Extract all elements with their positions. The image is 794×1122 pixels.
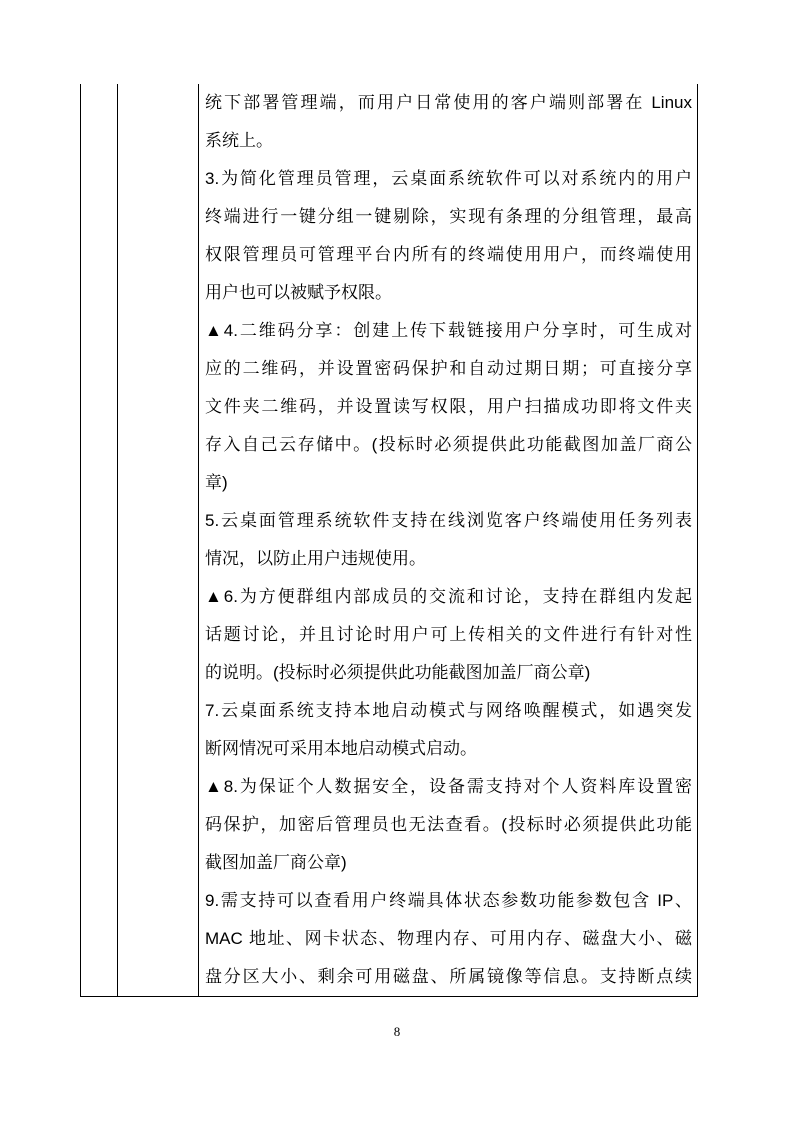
spec-text-line: 统下部署管理端，而用户日常使用的客户端则部署在 Linux <box>205 84 692 122</box>
spec-text-line: ▲6.为方便群组内部成员的交流和讨论，支持在群组内发起 <box>205 578 692 616</box>
spec-text-line: 情况，以防止用户违规使用。 <box>205 540 692 578</box>
spec-text-line: 章) <box>205 464 692 502</box>
spec-text-line: 应的二维码，并设置密码保护和自动过期日期；可直接分享 <box>205 350 692 388</box>
spec-text-line: 断网情况可采用本地启动模式启动。 <box>205 730 692 768</box>
spec-text-line: 话题讨论，并且讨论时用户可上传相关的文件进行有针对性 <box>205 616 692 654</box>
spec-text-line: 用户也可以被赋予权限。 <box>205 274 692 312</box>
spec-text-line: 截图加盖厂商公章) <box>205 844 692 882</box>
spec-text-line: ▲8.为保证个人数据安全，设备需支持对个人资料库设置密 <box>205 768 692 806</box>
spec-text-line: 码保护，加密后管理员也无法查看。(投标时必须提供此功能 <box>205 806 692 844</box>
page-number: 8 <box>0 1024 794 1040</box>
spec-text-line: 存入自己云存储中。(投标时必须提供此功能截图加盖厂商公 <box>205 426 692 464</box>
spec-text-line: 文件夹二维码，并设置读写权限，用户扫描成功即将文件夹 <box>205 388 692 426</box>
table-cell-specification: 统下部署管理端，而用户日常使用的客户端则部署在 Linux 系统上。 3.为简化… <box>199 84 697 996</box>
spec-text-line: 盘分区大小、剩余可用磁盘、所属镜像等信息。支持断点续 <box>205 958 692 996</box>
spec-text-line: 终端进行一键分组一键剔除，实现有条理的分组管理，最高 <box>205 198 692 236</box>
document-page: 统下部署管理端，而用户日常使用的客户端则部署在 Linux 系统上。 3.为简化… <box>0 0 794 1122</box>
spec-text-line: 系统上。 <box>205 122 692 160</box>
table-cell-index <box>81 84 118 996</box>
spec-text-line: 3.为简化管理员管理，云桌面系统软件可以对系统内的用户 <box>205 160 692 198</box>
spec-text-line: 5.云桌面管理系统软件支持在线浏览客户终端使用任务列表 <box>205 502 692 540</box>
spec-text-line: 权限管理员可管理平台内所有的终端使用用户，而终端使用 <box>205 236 692 274</box>
spec-text-line: 7.云桌面系统支持本地启动模式与网络唤醒模式，如遇突发 <box>205 692 692 730</box>
spec-text-line: 9.需支持可以查看用户终端具体状态参数功能参数包含 IP、 <box>205 882 692 920</box>
spec-text-line: MAC 地址、网卡状态、物理内存、可用内存、磁盘大小、磁 <box>205 920 692 958</box>
spec-text-line: ▲4.二维码分享：创建上传下载链接用户分享时，可生成对 <box>205 312 692 350</box>
spec-table: 统下部署管理端，而用户日常使用的客户端则部署在 Linux 系统上。 3.为简化… <box>80 84 698 997</box>
spec-text-line: 的说明。(投标时必须提供此功能截图加盖厂商公章) <box>205 654 692 692</box>
table-cell-name <box>118 84 199 996</box>
